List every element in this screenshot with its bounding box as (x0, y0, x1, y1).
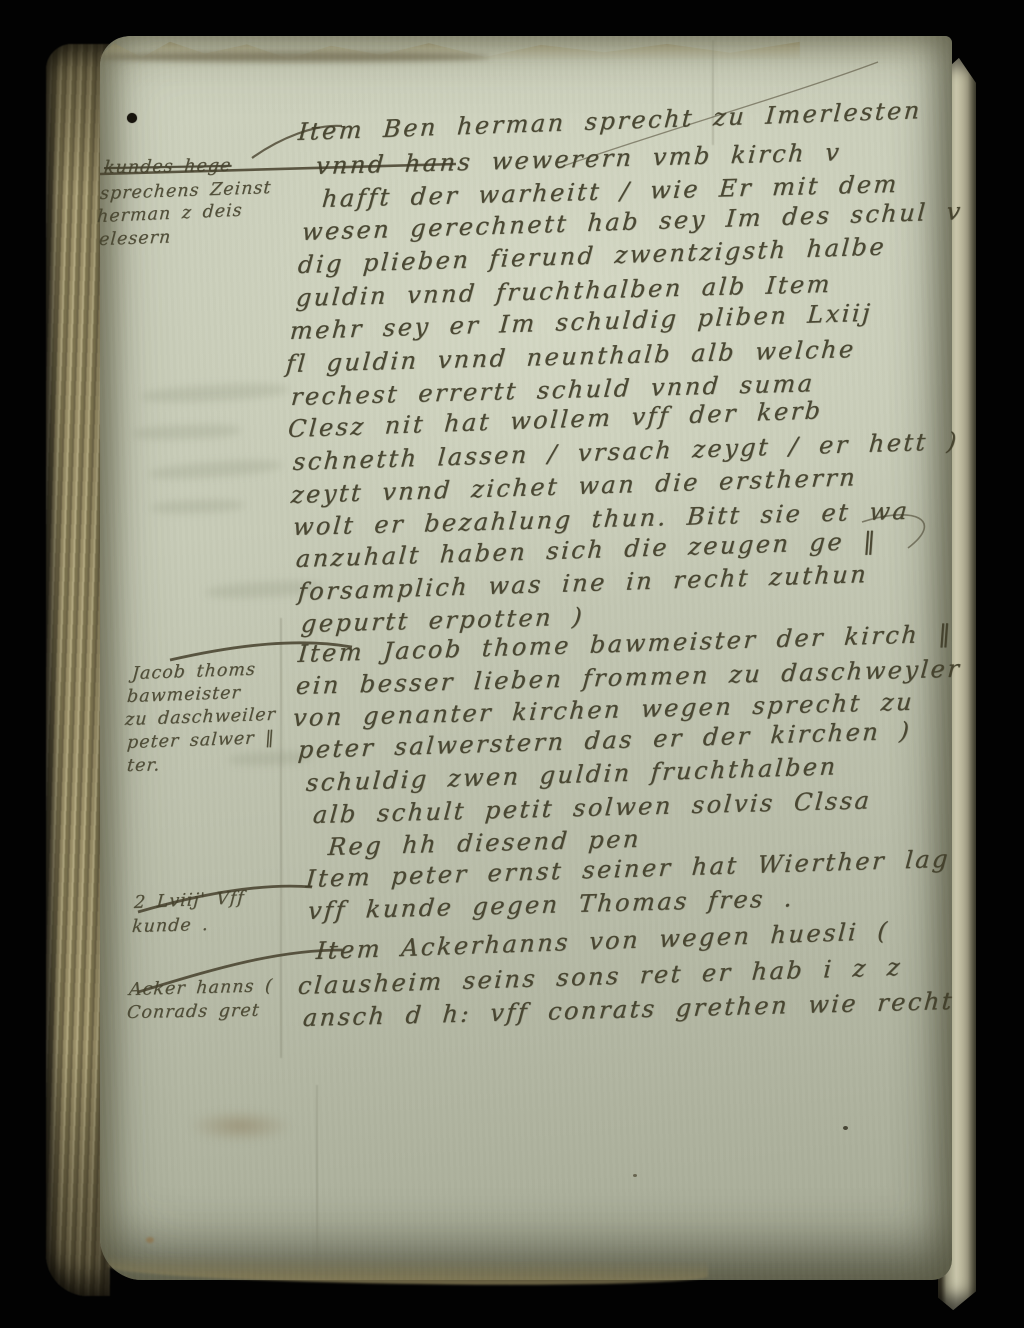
margin-note-line: bawmeister (126, 683, 241, 707)
margin-note-line: ter. (126, 755, 161, 776)
handwritten-text-layer: Item Ben herman sprecht zu Imerlestenvnn… (0, 0, 1024, 1328)
margin-note-line: Acker hanns ( (128, 976, 273, 1000)
margin-note-line: kundes hege (103, 156, 232, 178)
margin-note-line: herman z deis (96, 201, 243, 227)
photograph-of-manuscript: Item Ben herman sprecht zu Imerlestenvnn… (0, 0, 1024, 1328)
margin-note-line: sprechens Zeinst (99, 178, 272, 204)
margin-note-line: 2 Lviij' Vff (133, 888, 245, 913)
margin-note-line: zu daschweiler (124, 705, 276, 730)
margin-note-line: Conrads gret (126, 1001, 260, 1023)
margin-note-line: elesern (98, 227, 172, 250)
margin-note-line: kunde . (131, 915, 209, 937)
margin-note-line: peter salwer ‖ (126, 728, 275, 753)
margin-note-line: Jacob thoms (131, 660, 256, 684)
